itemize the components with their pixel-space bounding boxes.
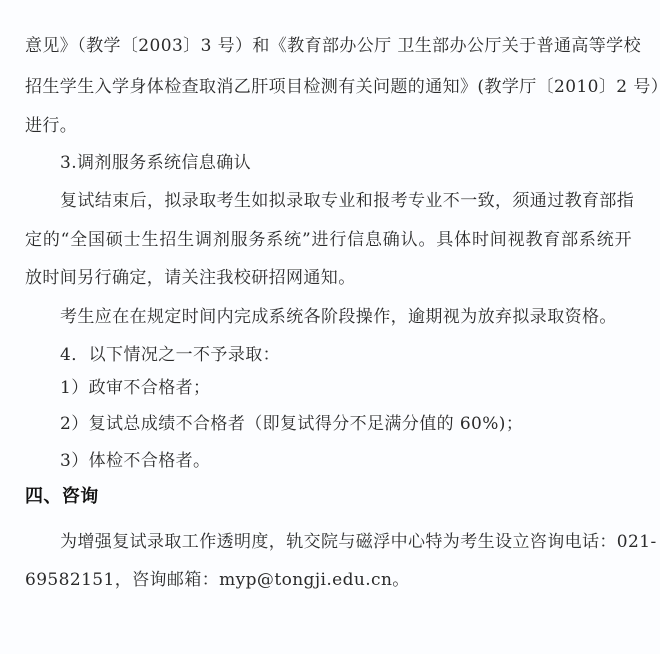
text-line: 复试结束后，拟录取考生如拟录取专业和报考专业不一致，须通过教育部指 <box>60 190 632 212</box>
contact-line: 69582151，咨询邮箱：myp@tongji.edu.cn。 <box>25 569 632 591</box>
text-line: 考生应在在规定时间内完成系统各阶段操作，逾期视为放弃拟录取资格。 <box>60 306 632 328</box>
section-heading: 四、咨询 <box>25 486 632 508</box>
text-line: 放时间另行确定，请关注我校研招网通知。 <box>25 267 632 289</box>
text-line: 招生学生入学身体检查取消乙肝项目检测有关问题的通知》(教学厅〔2010〕2 号） <box>25 76 632 98</box>
text-line: 4．以下情况之一不予录取： <box>60 344 632 366</box>
text-line: 定的“全国硕士生招生调剂服务系统”进行信息确认。具体时间视教育部系统开 <box>25 229 632 251</box>
text-line: 进行。 <box>25 115 632 137</box>
text-line: 2）复试总成绩不合格者（即复试得分不足满分值的 60%)； <box>60 413 632 435</box>
contact-line: 为增强复试录取工作透明度，轨交院与磁浮中心特为考生设立咨询电话：021- <box>60 531 632 553</box>
text-line: 意见》（教学〔2003〕3 号）和《教育部办公厅 卫生部办公厅关于普通高等学校 <box>25 35 632 57</box>
text-line: 3.调剂服务系统信息确认 <box>60 152 632 174</box>
text-line: 1）政审不合格者； <box>60 377 632 399</box>
text-line: 3）体检不合格者。 <box>60 450 632 472</box>
